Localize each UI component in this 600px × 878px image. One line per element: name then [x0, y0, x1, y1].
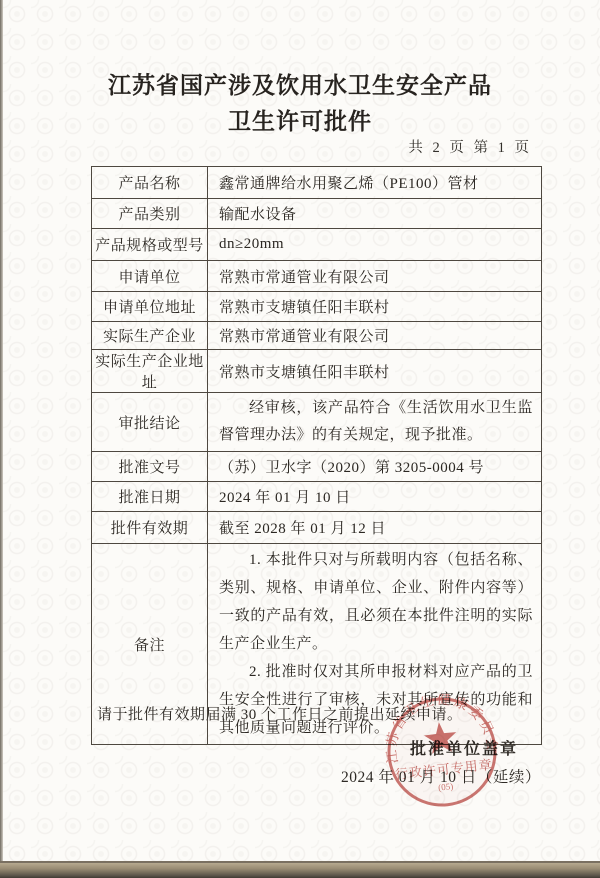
row-label: 审批结论: [92, 393, 208, 452]
row-label: 产品名称: [92, 167, 208, 199]
row-label: 申请单位地址: [92, 292, 208, 322]
row-value: 输配水设备: [208, 199, 542, 229]
row-value: dn≥20mm: [208, 229, 542, 261]
table-row-product-name: 产品名称 鑫常通牌给水用聚乙烯（PE100）管材: [92, 167, 542, 199]
row-label: 批件有效期: [92, 512, 208, 544]
row-value: 常熟市常通管业有限公司: [208, 261, 542, 292]
document-title-line1: 江苏省国产涉及饮用水卫生安全产品: [0, 68, 600, 104]
document-title: 江苏省国产涉及饮用水卫生安全产品 卫生许可批件: [0, 68, 600, 140]
row-value: 截至 2028 年 01 月 12 日: [208, 512, 542, 544]
table-row-manufacturer: 实际生产企业 常熟市常通管业有限公司: [92, 322, 542, 350]
table-row-approval-date: 批准日期 2024 年 01 月 10 日: [92, 482, 542, 512]
scan-edge-bottom: [0, 861, 600, 878]
row-value: 2024 年 01 月 10 日: [208, 482, 542, 512]
remark-paragraph-1: 1. 本批件只对与所载明内容（包括名称、类别、规格、申请单位、企业、附件内容等）…: [219, 546, 533, 658]
row-label: 申请单位: [92, 261, 208, 292]
table-row-validity-period: 批件有效期 截至 2028 年 01 月 12 日: [92, 512, 542, 544]
table-row-product-category: 产品类别 输配水设备: [92, 199, 542, 229]
row-value: 鑫常通牌给水用聚乙烯（PE100）管材: [208, 167, 542, 199]
renewal-note: 请于批件有效期届满 30 个工作日之前提出延续申请。: [97, 703, 463, 724]
table-row-applicant: 申请单位 常熟市常通管业有限公司: [92, 261, 542, 292]
document-title-line2: 卫生许可批件: [0, 104, 600, 140]
row-label: 实际生产企业地址: [92, 350, 208, 393]
row-label: 批准文号: [92, 452, 208, 482]
table-row-product-spec: 产品规格或型号 dn≥20mm: [92, 229, 542, 261]
row-label: 产品规格或型号: [92, 229, 208, 261]
approval-date-line: 2024 年 01 月 10 日（延续）: [341, 765, 541, 787]
page-number-info: 共 2 页 第 1 页: [408, 136, 532, 157]
table-row-approval-conclusion: 审批结论 经审核，该产品符合《生活饮用水卫生监督管理办法》的有关规定，现予批准。: [92, 393, 542, 452]
row-value: 常熟市支塘镇任阳丰联村: [208, 350, 542, 393]
approval-table: 产品名称 鑫常通牌给水用聚乙烯（PE100）管材 产品类别 输配水设备 产品规格…: [91, 166, 542, 745]
seal-caption: 批准单位盖章: [410, 736, 518, 759]
remark-paragraph-2: 2. 批准时仅对其所申报材料对应产品的卫生安全性进行了审核，未对其所宣传的功能和…: [219, 658, 533, 742]
row-label: 产品类别: [92, 199, 208, 229]
table-row-applicant-address: 申请单位地址 常熟市支塘镇任阳丰联村: [92, 292, 542, 322]
table-row-approval-number: 批准文号 （苏）卫水字（2020）第 3205-0004 号: [92, 452, 542, 482]
approval-conclusion-text: 经审核，该产品符合《生活饮用水卫生监督管理办法》的有关规定，现予批准。: [219, 395, 533, 449]
row-value: 常熟市常通管业有限公司: [208, 322, 542, 350]
row-value: 常熟市支塘镇任阳丰联村: [208, 292, 542, 322]
scanned-license-document: { "page": { "title_line1": "江苏省国产涉及饮用水卫生…: [0, 0, 600, 878]
table-row-manufacturer-address: 实际生产企业地址 常熟市支塘镇任阳丰联村: [92, 350, 542, 393]
row-label: 实际生产企业: [92, 322, 208, 350]
row-value: （苏）卫水字（2020）第 3205-0004 号: [208, 452, 542, 482]
row-label: 批准日期: [92, 482, 208, 512]
